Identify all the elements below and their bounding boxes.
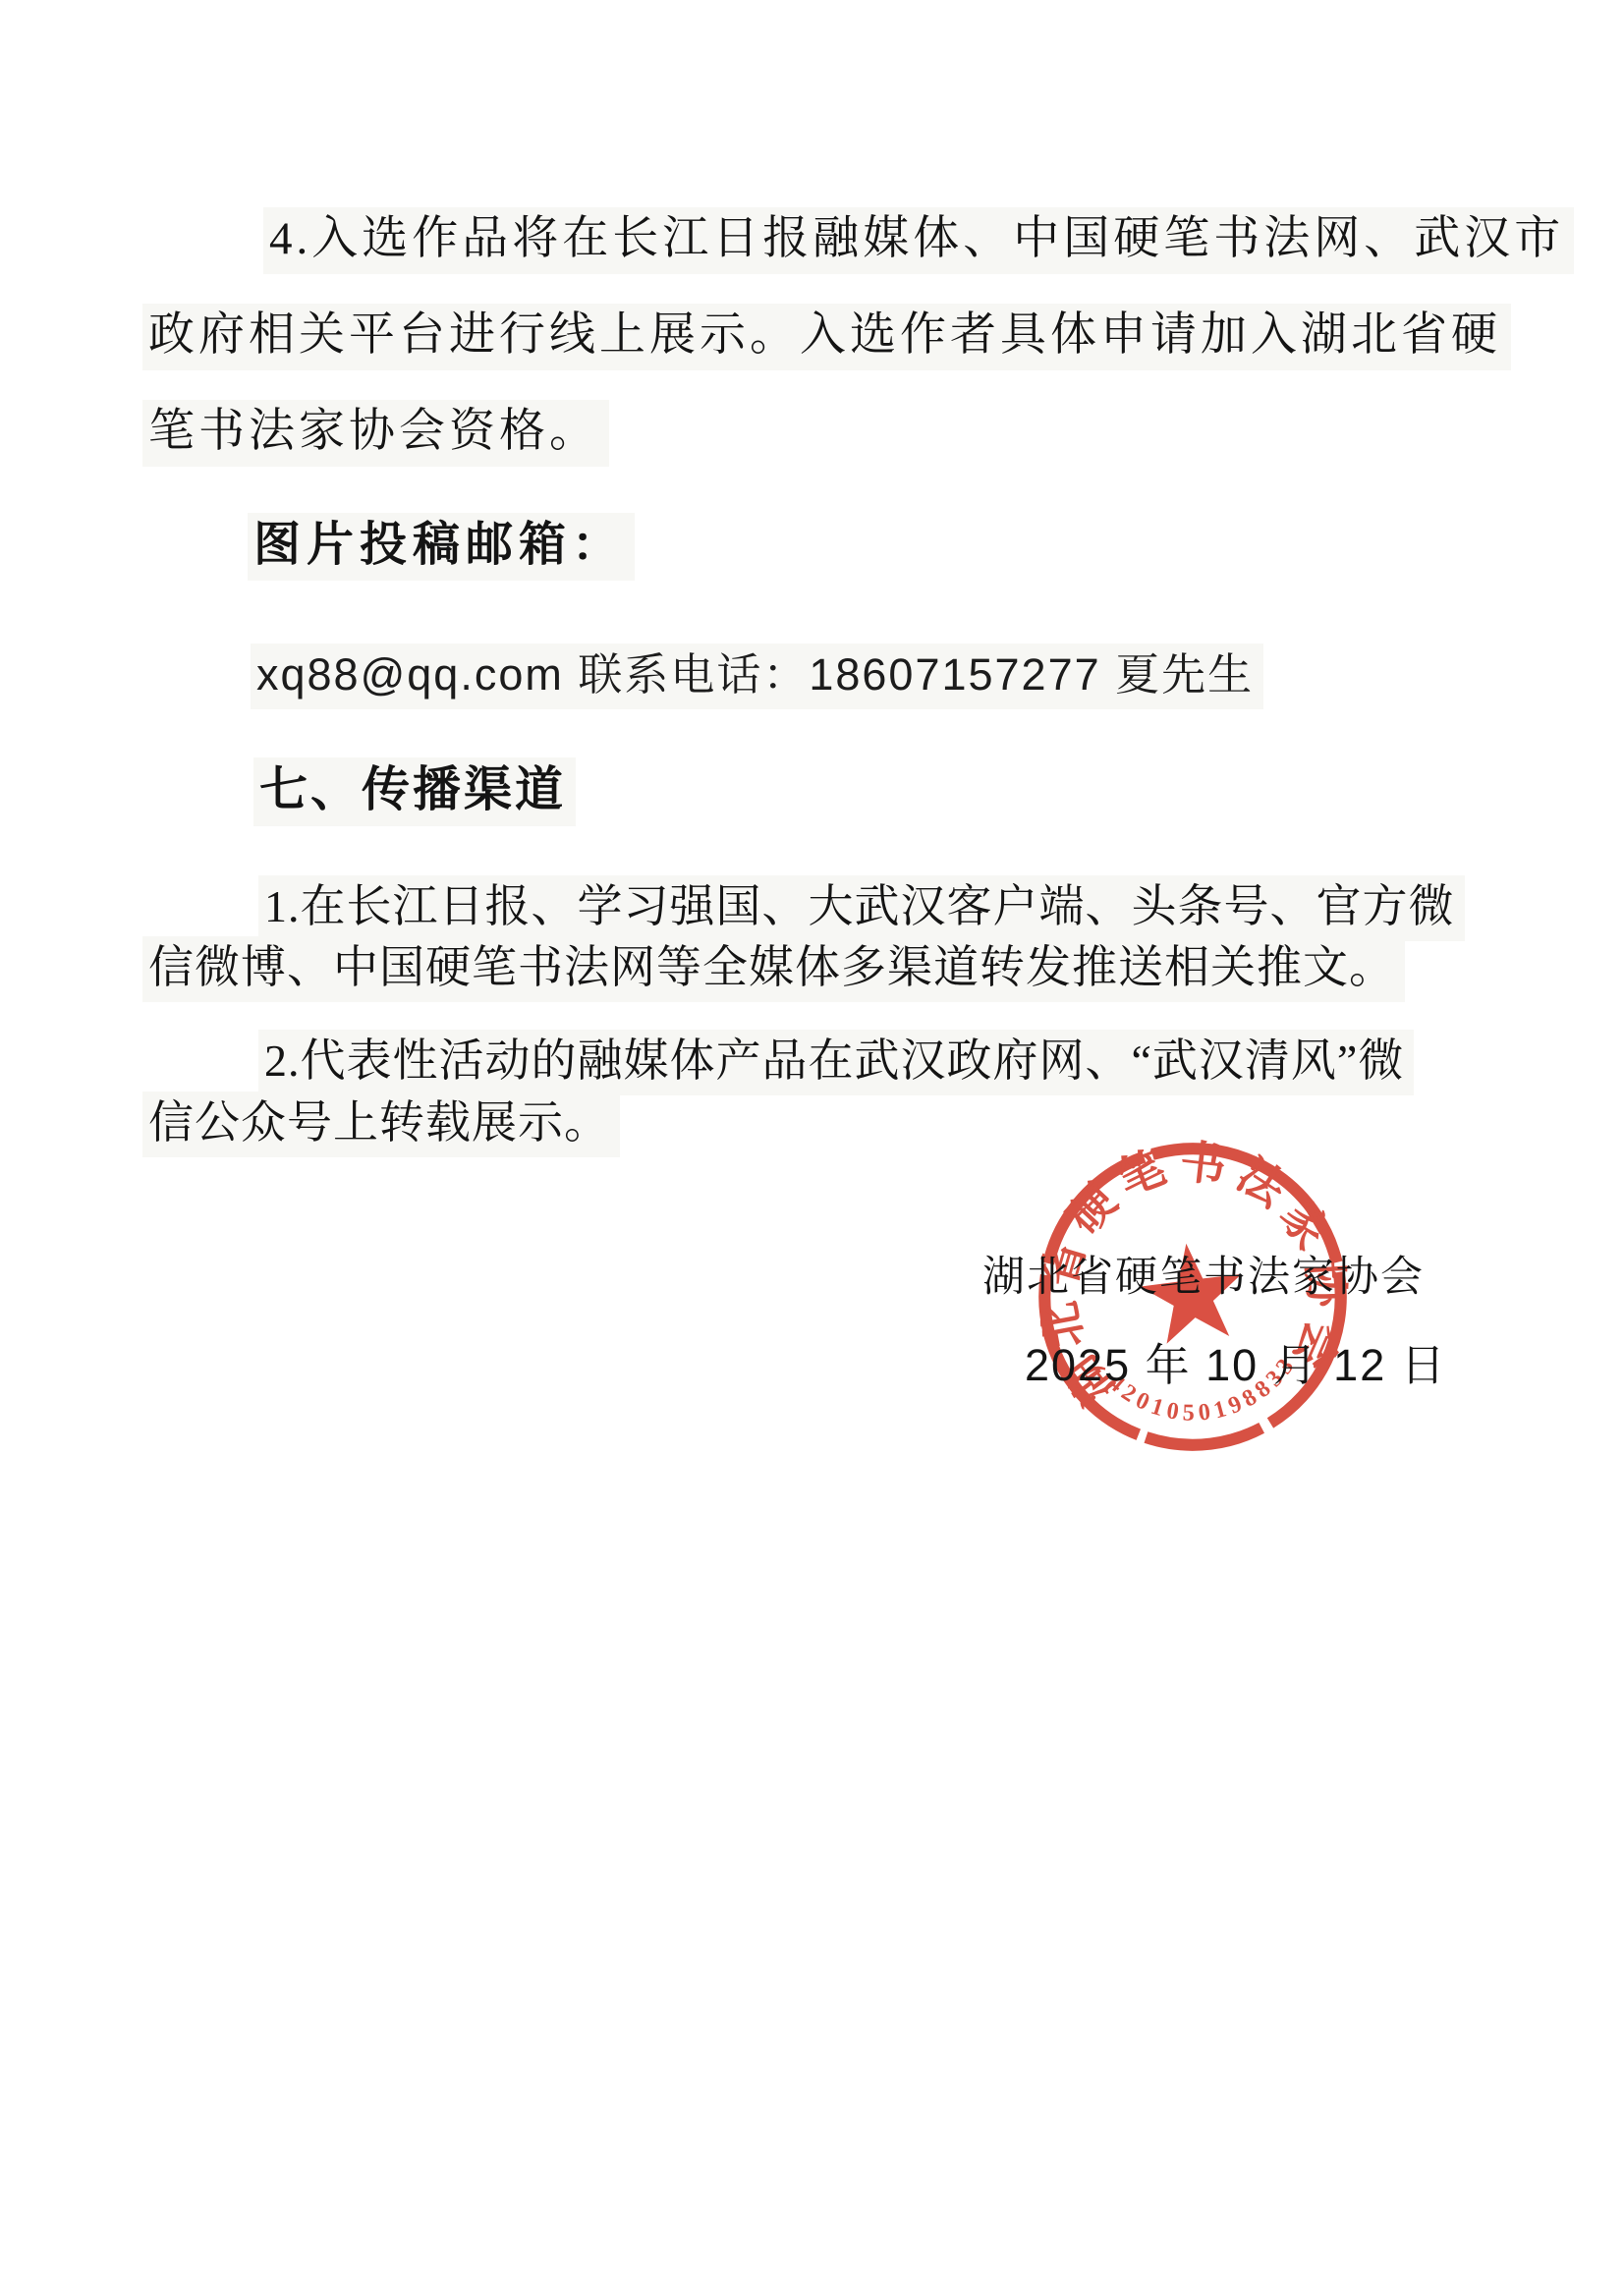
date-text: 2025 年 10 月 12 日 xyxy=(1025,1340,1447,1390)
paragraph-4-line-1-text: 4.入选作品将在长江日报融媒体、中国硬笔书法网、武汉市 xyxy=(263,207,1574,274)
paragraph-4-line-1: 4.入选作品将在长江日报融媒体、中国硬笔书法网、武汉市 xyxy=(263,201,1574,267)
email-heading-text: 图片投稿邮箱： xyxy=(248,513,635,581)
paragraph-4-line-3-text: 笔书法家协会资格。 xyxy=(142,400,609,467)
paragraph-1-line-1: 1.在长江日报、学习强国、大武汉客户端、头条号、官方微 xyxy=(258,870,1465,935)
date-line: 2025 年 10 月 12 日 xyxy=(1025,1329,1447,1393)
paragraph-2-line-1: 2.代表性活动的融媒体产品在武汉政府网、“武汉清风”微 xyxy=(258,1025,1414,1090)
signature-line: 湖北省硬笔书法家协会 xyxy=(982,1244,1425,1304)
contact-line: xq88@qq.com 联系电话：18607157277 夏先生 xyxy=(251,639,1263,702)
signature-text: 湖北省硬笔书法家协会 xyxy=(982,1255,1425,1301)
section-heading-text: 七、传播渠道 xyxy=(253,757,576,826)
section-heading: 七、传播渠道 xyxy=(253,752,576,820)
document-page: 4.入选作品将在长江日报融媒体、中国硬笔书法网、武汉市 政府相关平台进行线上展示… xyxy=(0,0,1624,2296)
email-heading: 图片投稿邮箱： xyxy=(248,506,635,574)
paragraph-2-line-2-text: 信公众号上转载展示。 xyxy=(142,1092,620,1157)
paragraph-4-line-2: 政府相关平台进行线上展示。入选作者具体申请加入湖北省硬 xyxy=(142,298,1511,364)
paragraph-4-line-3: 笔书法家协会资格。 xyxy=(142,394,609,460)
paragraph-1-line-2-text: 信微博、中国硬笔书法网等全媒体多渠道转发推送相关推文。 xyxy=(142,936,1405,1002)
contact-line-text: xq88@qq.com 联系电话：18607157277 夏先生 xyxy=(251,644,1263,709)
paragraph-4-line-2-text: 政府相关平台进行线上展示。入选作者具体申请加入湖北省硬 xyxy=(142,304,1511,370)
paragraph-2-line-2: 信公众号上转载展示。 xyxy=(142,1087,620,1151)
paragraph-1-line-2: 信微博、中国硬笔书法网等全媒体多渠道转发推送相关推文。 xyxy=(142,931,1405,996)
paragraph-2-line-1-text: 2.代表性活动的融媒体产品在武汉政府网、“武汉清风”微 xyxy=(258,1030,1414,1095)
